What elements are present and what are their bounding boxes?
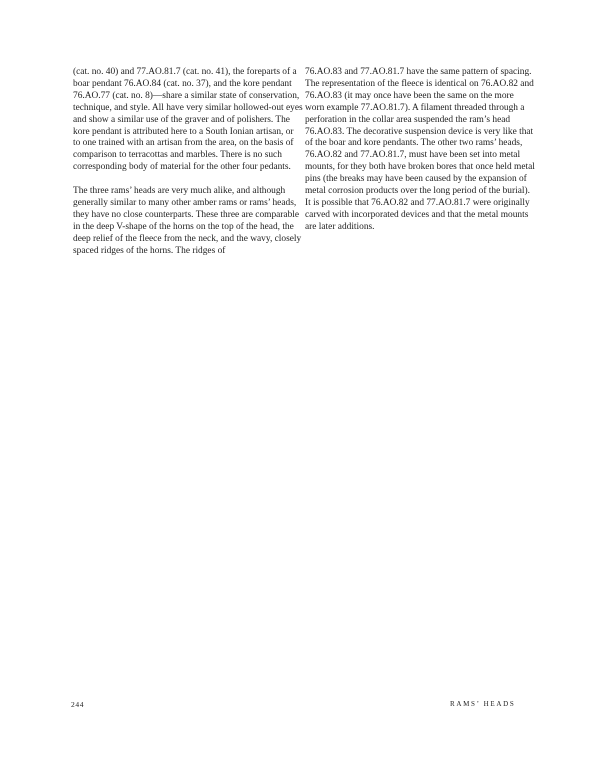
book-page: (cat. no. 40) and 77.AO.81.7 (cat. no. 4… (0, 0, 600, 762)
paragraph-left-2: The three rams’ heads are very much alik… (73, 186, 303, 257)
page-number: 244 (71, 700, 84, 709)
paragraph-left-1: (cat. no. 40) and 77.AO.81.7 (cat. no. 4… (73, 67, 303, 174)
running-head: RAMS’ HEADS (450, 700, 515, 709)
paragraph-right-1: 76.AO.83 and 77.AO.81.7 have the same pa… (305, 67, 535, 234)
text-column-left: (cat. no. 40) and 77.AO.81.7 (cat. no. 4… (73, 67, 303, 270)
text-column-right: 76.AO.83 and 77.AO.81.7 have the same pa… (305, 67, 535, 246)
